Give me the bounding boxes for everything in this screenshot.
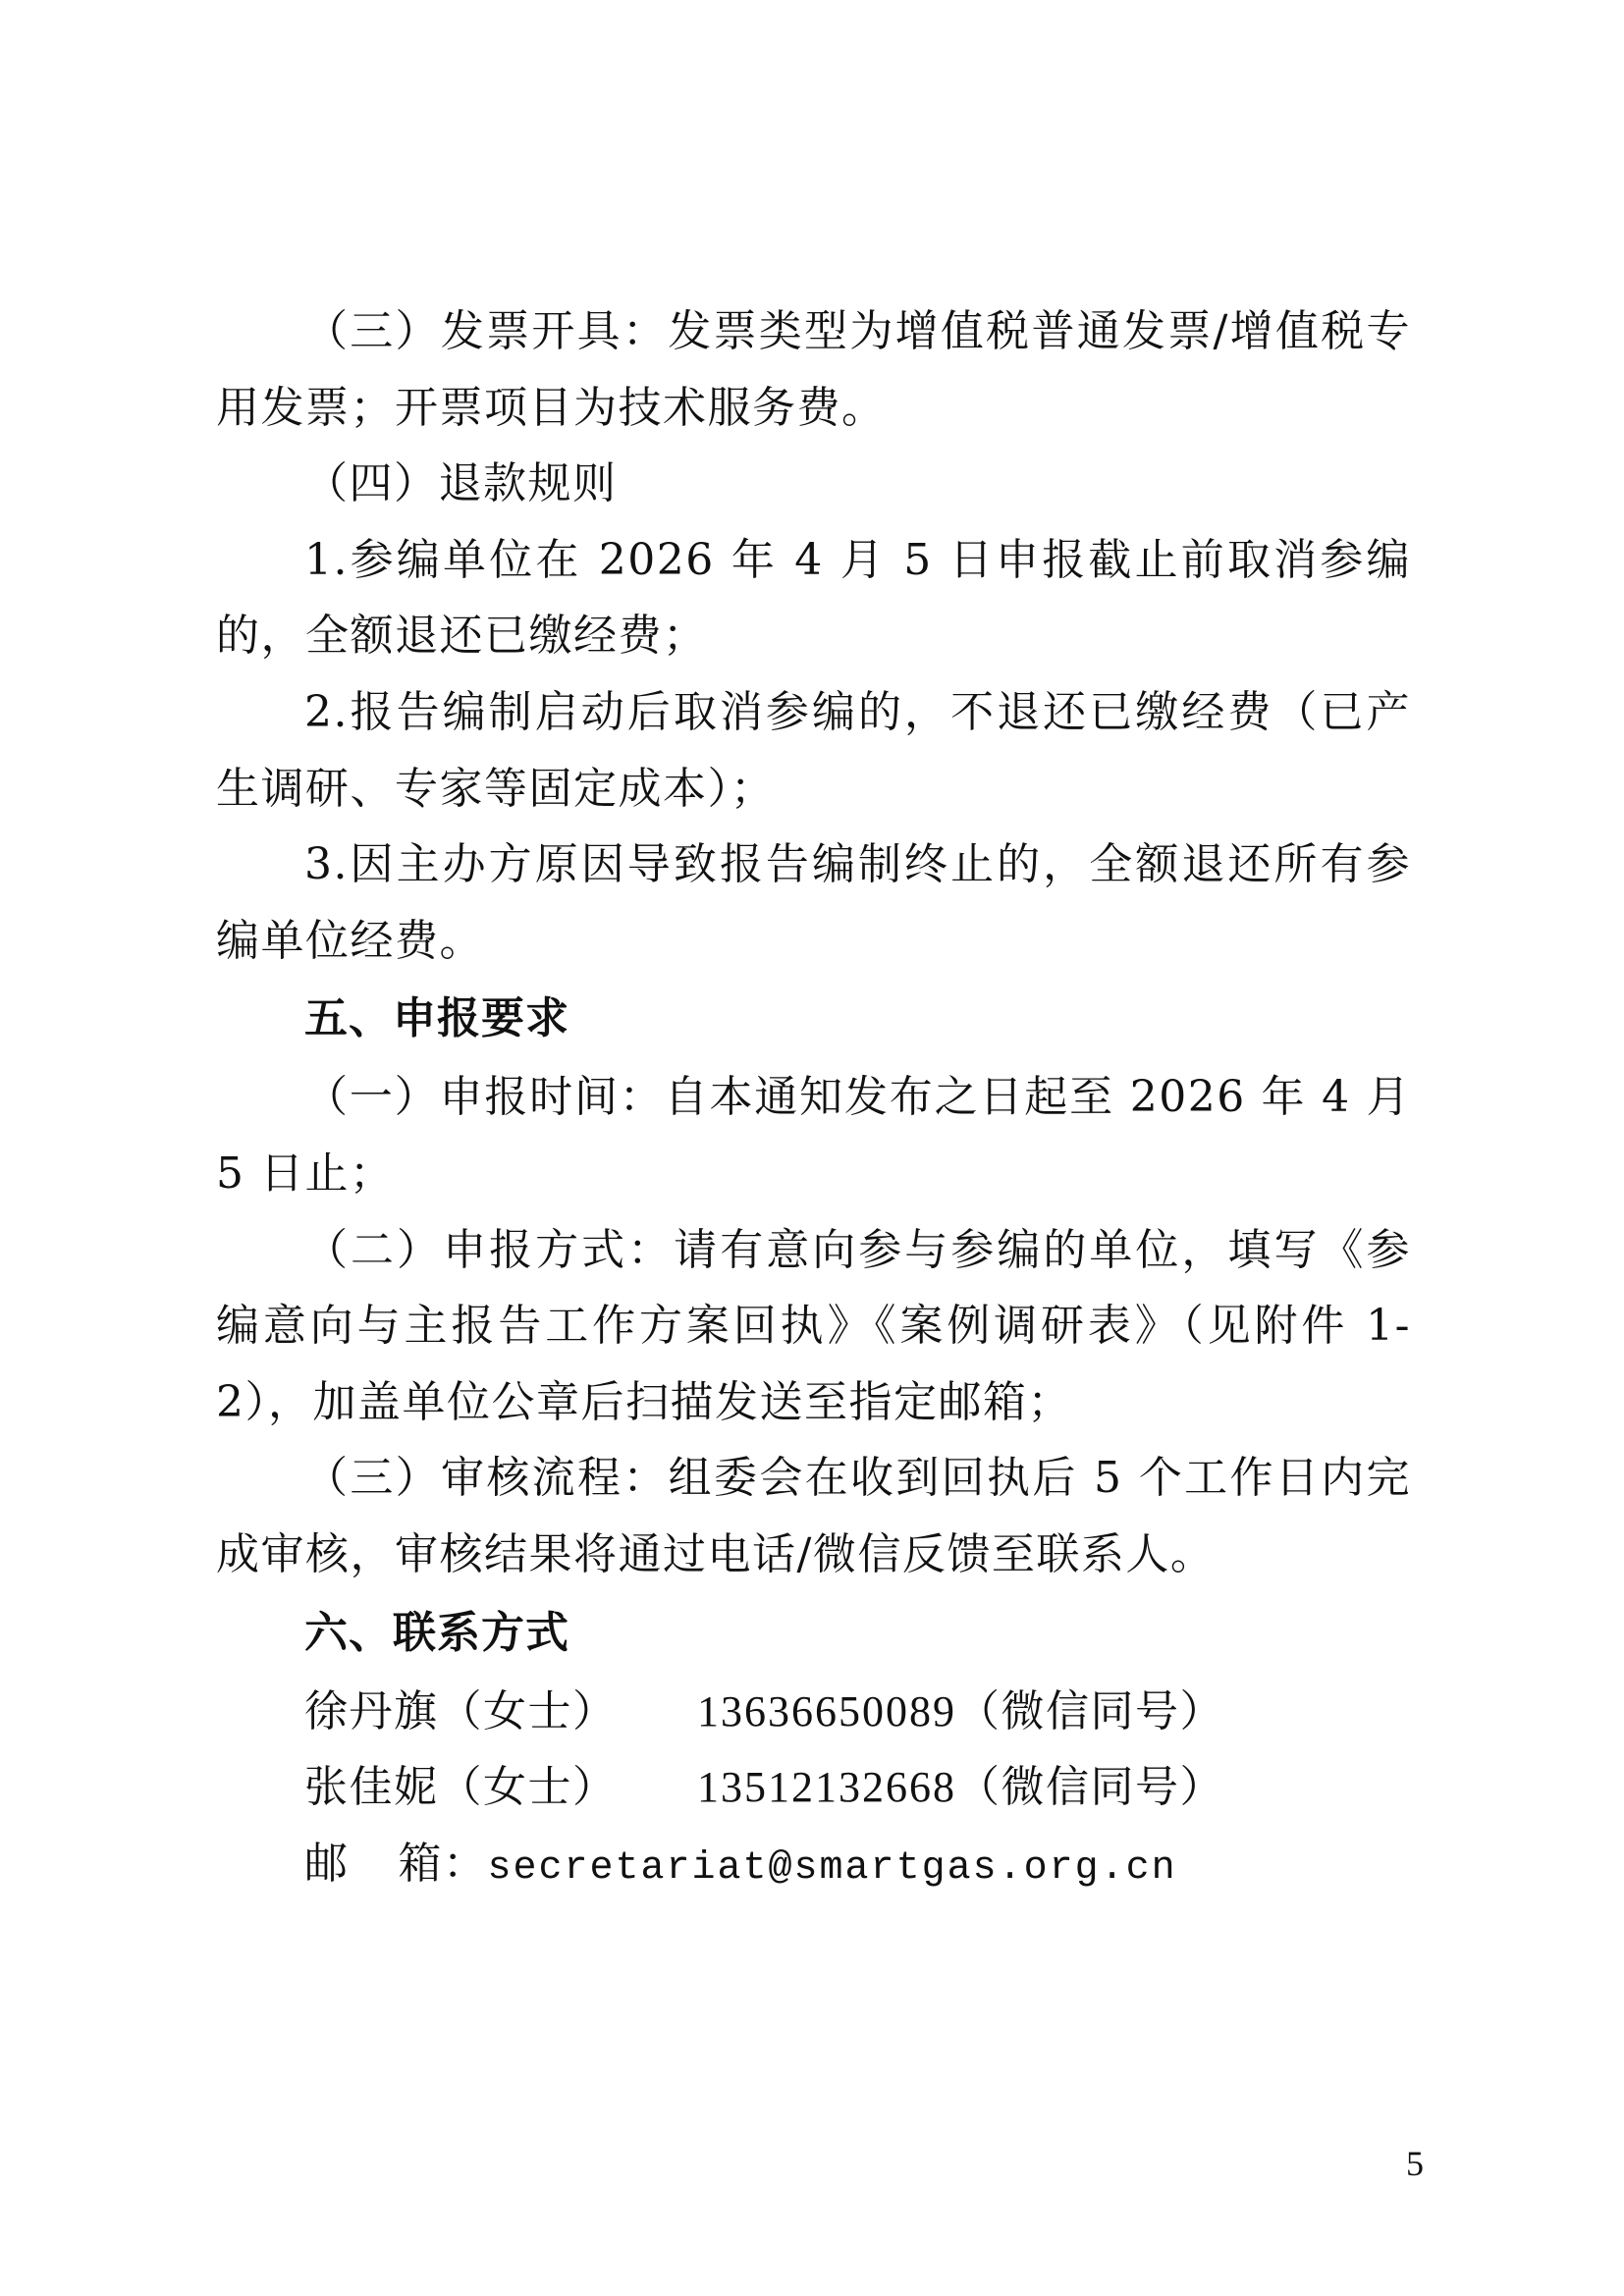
section-heading-contact: 六、联系方式 xyxy=(216,1593,1411,1674)
contact-note: （微信同号） xyxy=(956,1762,1224,1812)
refund-rule-1: 1.参编单位在 2026 年 4 月 5 日申报截止前取消参编的，全额退还已缴经… xyxy=(216,522,1411,674)
contact-name: 徐丹旗（女士） xyxy=(304,1674,697,1750)
refund-rule-2: 2.报告编制启动后取消参编的，不退还已缴经费（已产生调研、专家等固定成本）； xyxy=(216,674,1411,827)
refund-rule-3: 3.因主办方原因导致报告编制终止的，全额退还所有参编单位经费。 xyxy=(216,827,1411,979)
contact-phone[interactable]: 13512132668 xyxy=(697,1763,956,1811)
application-method: （二）申报方式：请有意向参与参编的单位，填写《参编意向与主报告工作方案回执》《案… xyxy=(216,1212,1411,1441)
email-address[interactable]: secretariat@smartgas.org.cn xyxy=(488,1846,1177,1891)
page-number: 5 xyxy=(1406,2140,1424,2187)
invoice-paragraph: （三）发票开具：发票类型为增值税普通发票/增值税专用发票；开票项目为技术服务费。 xyxy=(216,294,1411,446)
email-label-part-1: 邮 xyxy=(304,1839,350,1889)
contact-note: （微信同号） xyxy=(956,1686,1224,1736)
contact-phone[interactable]: 13636650089 xyxy=(697,1687,956,1735)
email-label: 邮箱： xyxy=(304,1826,488,1902)
email-label-part-2: 箱： xyxy=(399,1839,488,1889)
section-heading-application-requirements: 五、申报要求 xyxy=(216,979,1411,1059)
application-time: （一）申报时间：自本通知发布之日起至 2026 年 4 月 5 日止； xyxy=(216,1059,1411,1211)
contact-email-line: 邮箱：secretariat@smartgas.org.cn xyxy=(216,1826,1411,1907)
contact-person-1: 徐丹旗（女士）13636650089（微信同号） xyxy=(216,1674,1411,1750)
review-process: （三）审核流程：组委会在收到回执后 5 个工作日内完成审核，审核结果将通过电话/… xyxy=(216,1440,1411,1592)
contact-person-2: 张佳妮（女士）13512132668（微信同号） xyxy=(216,1749,1411,1826)
document-body: （三）发票开具：发票类型为增值税普通发票/增值税专用发票；开票项目为技术服务费。… xyxy=(216,294,1411,1906)
document-page: （三）发票开具：发票类型为增值税普通发票/增值税专用发票；开票项目为技术服务费。… xyxy=(0,0,1624,2296)
refund-rules-title: （四）退款规则 xyxy=(216,446,1411,522)
contact-name: 张佳妮（女士） xyxy=(304,1749,697,1826)
